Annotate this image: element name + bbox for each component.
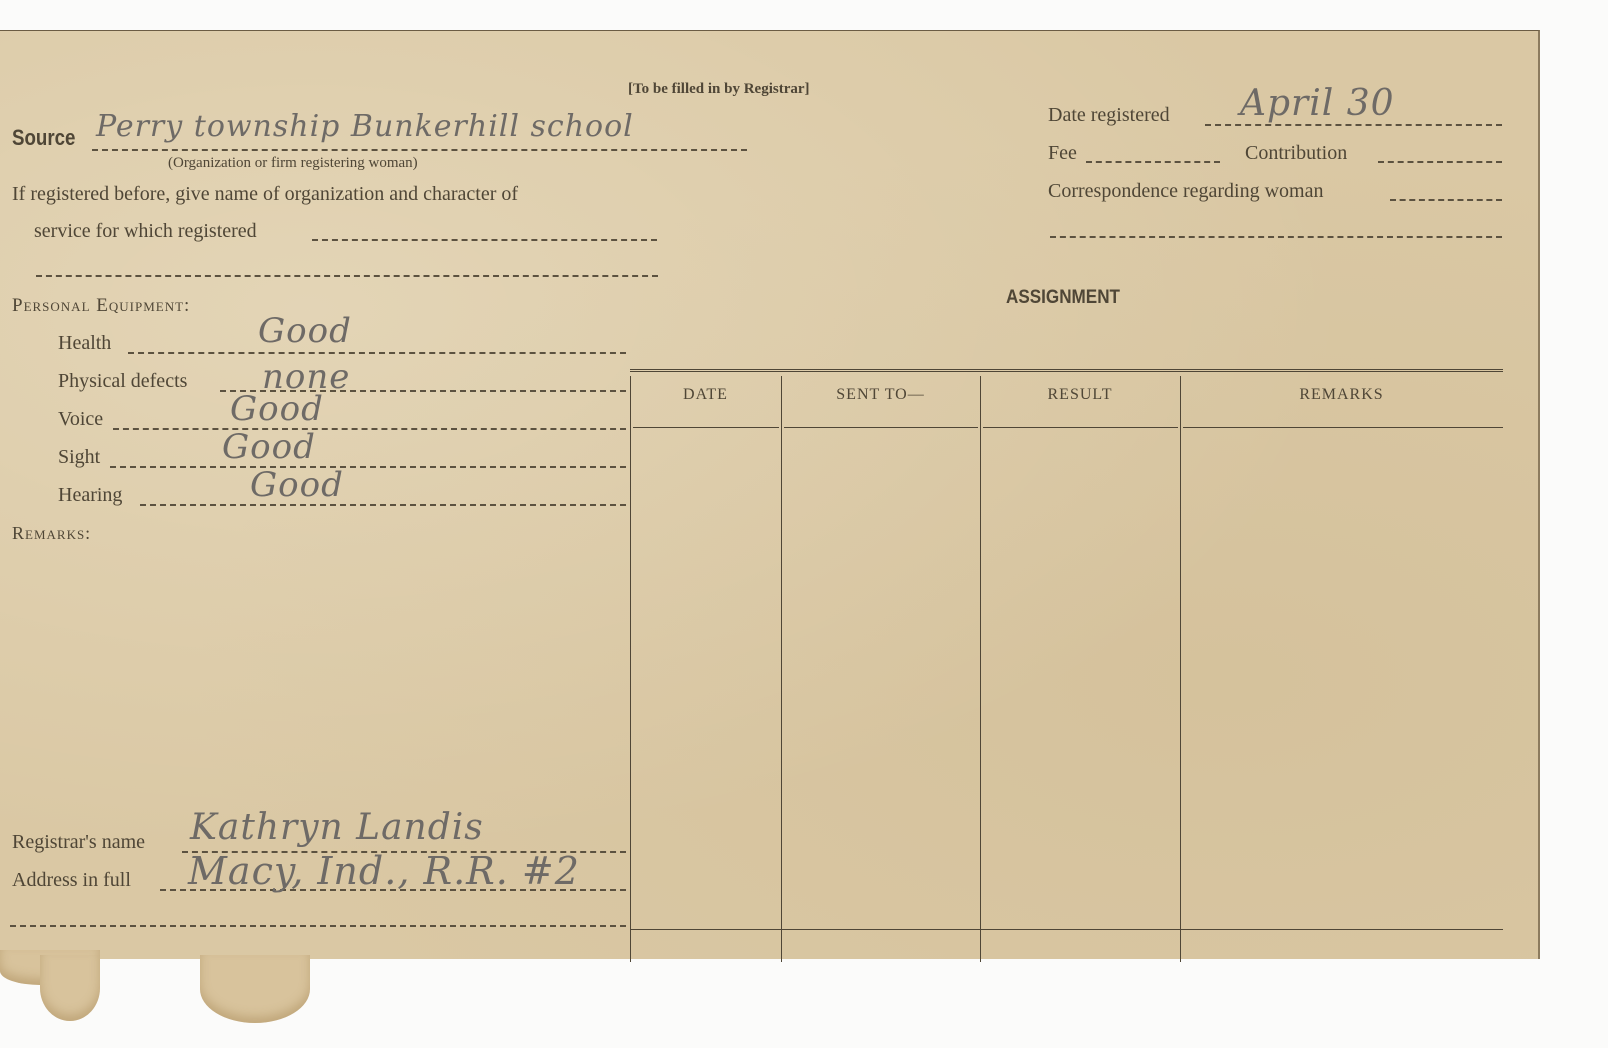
contribution-field[interactable] xyxy=(1378,161,1502,163)
header-rule-sent-to xyxy=(784,427,978,428)
registered-before-field-2[interactable] xyxy=(36,275,658,277)
voice-value[interactable]: Good xyxy=(230,389,324,429)
registrar-name-value[interactable]: Kathryn Landis xyxy=(190,807,484,848)
registrar-note: [To be filled in by Registrar] xyxy=(628,81,810,98)
voice-label: Voice xyxy=(58,408,103,431)
assignment-title: ASSIGNMENT xyxy=(1006,287,1120,309)
date-registered-value[interactable]: April 30 xyxy=(1240,83,1395,124)
column-header-date: DATE xyxy=(630,386,781,404)
header-rule-result xyxy=(983,427,1178,428)
personal-equipment-heading: Personal Equipment: xyxy=(12,295,190,317)
fee-label: Fee xyxy=(1048,142,1077,165)
header-rule-date xyxy=(633,427,779,428)
contribution-label: Contribution xyxy=(1245,142,1347,165)
remarks-label: Remarks: xyxy=(12,523,91,544)
sight-line xyxy=(110,466,626,468)
card-tab-2 xyxy=(200,955,310,1023)
hearing-value[interactable]: Good xyxy=(250,465,344,505)
registrar-name-label: Registrar's name xyxy=(12,831,145,854)
registration-card: [To be filled in by Registrar] Source Pe… xyxy=(0,30,1540,959)
fee-field[interactable] xyxy=(1086,161,1220,163)
cell-result[interactable] xyxy=(982,430,1179,960)
assignment-table: DATE SENT TO— RESULT REMARKS xyxy=(630,369,1503,962)
voice-line xyxy=(113,428,626,430)
hearing-label: Hearing xyxy=(58,484,122,507)
address-value[interactable]: Macy, Ind., R.R. #2 xyxy=(188,849,580,893)
sight-value[interactable]: Good xyxy=(222,427,316,467)
registered-before-line1: If registered before, give name of organ… xyxy=(12,183,518,206)
correspondence-field[interactable] xyxy=(1390,199,1502,201)
source-label: Source xyxy=(12,125,75,151)
sight-label: Sight xyxy=(58,446,100,469)
table-divider-2 xyxy=(980,376,981,962)
correspondence-label: Correspondence regarding woman xyxy=(1048,180,1323,203)
health-label: Health xyxy=(58,332,111,355)
table-divider-1 xyxy=(781,376,782,962)
correspondence-field-2[interactable] xyxy=(1050,236,1502,238)
table-divider-3 xyxy=(1180,376,1181,962)
health-value[interactable]: Good xyxy=(258,311,352,351)
cell-remarks[interactable] xyxy=(1182,430,1502,960)
source-value[interactable]: Perry township Bunkerhill school xyxy=(96,109,634,144)
column-header-remarks: REMARKS xyxy=(1180,386,1503,404)
source-caption: (Organization or firm registering woman) xyxy=(168,155,418,172)
health-line xyxy=(128,352,626,354)
registered-before-field[interactable] xyxy=(312,239,657,241)
hearing-line xyxy=(140,504,626,506)
date-registered-line xyxy=(1205,124,1502,126)
table-bottom-rule xyxy=(630,929,1503,930)
table-border-left xyxy=(630,376,631,962)
address-label: Address in full xyxy=(12,869,131,892)
column-header-sent-to: SENT TO— xyxy=(781,386,980,404)
source-line xyxy=(92,149,747,151)
remarks-area[interactable] xyxy=(12,551,622,821)
header-rule-remarks xyxy=(1183,427,1503,428)
address-field-2[interactable] xyxy=(10,925,626,927)
physical-defects-label: Physical defects xyxy=(58,370,187,393)
date-registered-label: Date registered xyxy=(1048,104,1170,127)
cell-sent-to[interactable] xyxy=(783,430,979,960)
column-header-result: RESULT xyxy=(980,386,1180,404)
card-tab-1 xyxy=(40,955,100,1021)
registered-before-line2: service for which registered xyxy=(34,220,257,243)
cell-date[interactable] xyxy=(632,430,780,960)
